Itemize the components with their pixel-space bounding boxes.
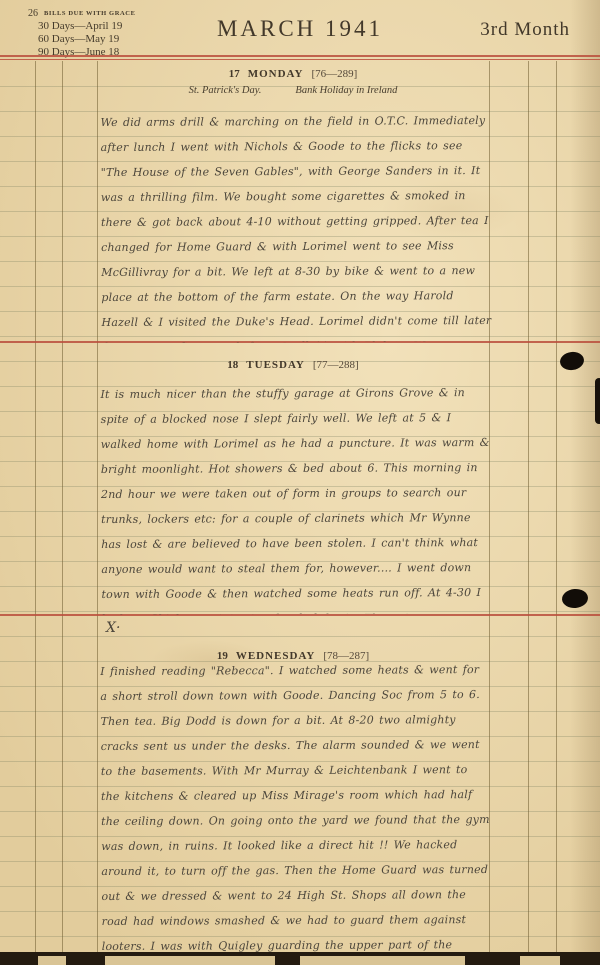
day-number: 17 xyxy=(229,68,240,80)
red-rule xyxy=(0,59,600,60)
day-number: 19 xyxy=(217,650,228,662)
day-number: 18 xyxy=(227,359,238,371)
day-range: [78—287] xyxy=(323,650,369,662)
day-header-wednesday: 19WEDNESDAY[78—287] xyxy=(97,650,489,662)
day-name: TUESDAY xyxy=(246,359,305,371)
grace-line: 90 Days—June 18 xyxy=(28,46,136,59)
holiday-right: Bank Holiday in Ireland xyxy=(295,85,397,96)
diary-entry-monday: We did arms drill & marching on the fiel… xyxy=(100,108,491,343)
diary-entry-wednesday: I finished reading "Rebecca". I watched … xyxy=(100,657,492,959)
next-page-edge xyxy=(520,956,560,965)
day-name: MONDAY xyxy=(248,68,304,80)
column-line xyxy=(35,61,36,952)
column-line xyxy=(97,61,98,952)
day-header-monday: 17MONDAY[76—289] xyxy=(97,68,489,80)
red-rule xyxy=(0,614,600,616)
red-rule xyxy=(0,55,600,57)
holiday-note: St. Patrick's Day.Bank Holiday in Irelan… xyxy=(97,85,489,96)
diary-page: 26BILLS DUE WITH GRACE 30 Days—April 19 … xyxy=(0,0,600,965)
column-line xyxy=(62,61,63,952)
column-line xyxy=(528,61,529,952)
scan-edge-blot xyxy=(595,378,600,424)
diary-entry-tuesday: It is much nicer than the stuffy garage … xyxy=(100,380,491,615)
month-ordinal: 3rd Month xyxy=(480,19,570,41)
column-line xyxy=(556,61,557,952)
day-range: [77—288] xyxy=(313,359,359,371)
x-mark: X· xyxy=(106,620,120,636)
day-header-tuesday: 18TUESDAY[77—288] xyxy=(97,359,489,371)
day-name: WEDNESDAY xyxy=(236,650,316,662)
day-range: [76—289] xyxy=(311,68,357,80)
next-page-edge xyxy=(38,956,66,965)
holiday-left: St. Patrick's Day. xyxy=(189,85,262,96)
